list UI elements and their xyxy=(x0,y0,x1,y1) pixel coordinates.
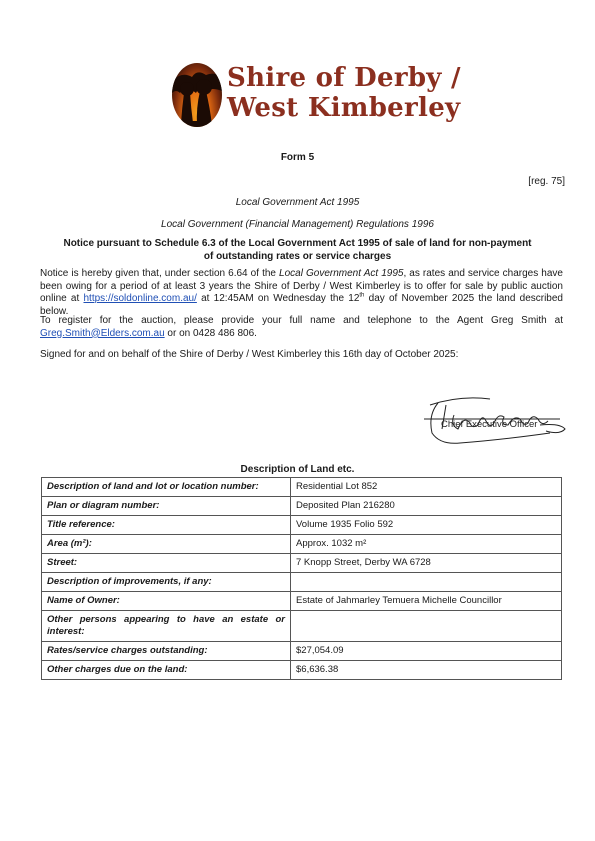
table-row: Other persons appearing to have an estat… xyxy=(42,611,562,642)
field-value: Approx. 1032 m² xyxy=(291,535,562,554)
table-row: Title reference:Volume 1935 Folio 592 xyxy=(42,516,562,535)
regulation-reference: [reg. 75] xyxy=(528,176,565,187)
field-label: Area (m²): xyxy=(42,535,291,554)
field-label: Description of improvements, if any: xyxy=(42,573,291,592)
field-label: Description of land and lot or location … xyxy=(42,478,291,497)
signed-statement: Signed for and on behalf of the Shire of… xyxy=(40,349,563,362)
field-value: Estate of Jahmarley Temuera Michelle Cou… xyxy=(291,592,562,611)
land-table-caption: Description of Land etc. xyxy=(0,464,595,475)
shire-name: Shire of Derby / West Kimberley xyxy=(227,63,461,123)
auction-notice-paragraph: Notice is hereby given that, under secti… xyxy=(40,268,563,318)
act-title: Local Government Act 1995 xyxy=(0,197,595,208)
shire-logo: Shire of Derby / West Kimberley xyxy=(172,63,432,127)
table-row: Description of improvements, if any: xyxy=(42,573,562,592)
field-value xyxy=(291,573,562,592)
table-row: Other charges due on the land:$6,636.38 xyxy=(42,661,562,680)
field-value: $27,054.09 xyxy=(291,642,562,661)
registration-paragraph: To register for the auction, please prov… xyxy=(40,315,563,340)
shire-name-line2: West Kimberley xyxy=(227,93,461,123)
field-value: $6,636.38 xyxy=(291,661,562,680)
field-label: Name of Owner: xyxy=(42,592,291,611)
field-label: Other charges due on the land: xyxy=(42,661,291,680)
regulations-title: Local Government (Financial Management) … xyxy=(0,219,595,230)
field-value: 7 Knopp Street, Derby WA 6728 xyxy=(291,554,562,573)
field-label: Rates/service charges outstanding: xyxy=(42,642,291,661)
signature-title: Chief Executive Officer xyxy=(441,419,537,430)
field-value: Volume 1935 Folio 592 xyxy=(291,516,562,535)
land-description-table: Description of land and lot or location … xyxy=(41,477,562,680)
auction-site-link[interactable]: https://soldonline.com.au/ xyxy=(83,293,196,304)
field-value xyxy=(291,611,562,642)
table-row: Street:7 Knopp Street, Derby WA 6728 xyxy=(42,554,562,573)
table-row: Name of Owner:Estate of Jahmarley Temuer… xyxy=(42,592,562,611)
table-row: Rates/service charges outstanding:$27,05… xyxy=(42,642,562,661)
table-row: Description of land and lot or location … xyxy=(42,478,562,497)
boab-tree-sunset-icon xyxy=(172,63,222,127)
field-value: Deposited Plan 216280 xyxy=(291,497,562,516)
field-value: Residential Lot 852 xyxy=(291,478,562,497)
shire-name-line1: Shire of Derby / xyxy=(227,63,461,93)
agent-email-link[interactable]: Greg.Smith@Elders.com.au xyxy=(40,328,165,339)
table-row: Area (m²):Approx. 1032 m² xyxy=(42,535,562,554)
field-label: Title reference: xyxy=(42,516,291,535)
field-label: Other persons appearing to have an estat… xyxy=(42,611,291,642)
field-label: Plan or diagram number: xyxy=(42,497,291,516)
notice-heading: Notice pursuant to Schedule 6.3 of the L… xyxy=(60,238,535,263)
act-reference: Local Government Act 1995 xyxy=(279,268,403,279)
table-row: Plan or diagram number:Deposited Plan 21… xyxy=(42,497,562,516)
field-label: Street: xyxy=(42,554,291,573)
form-title: Form 5 xyxy=(0,152,595,163)
